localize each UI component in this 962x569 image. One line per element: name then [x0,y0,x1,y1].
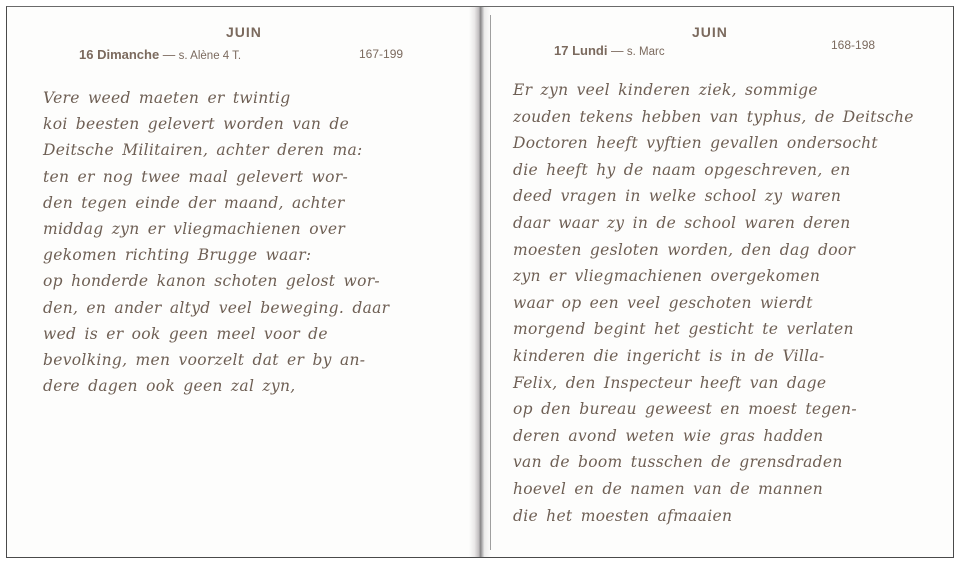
diary-spread: JUIN 16 Dimanche — s. Alène 4 T. 167-199… [6,6,954,558]
handwritten-line: van de boom tusschen de grensdraden [513,449,943,476]
handwritten-line: deed vragen in welke school zy waren [513,183,943,210]
handwritten-line: die het moesten afmaaien [513,503,943,530]
handwritten-line: daar waar zy in de school waren deren [513,210,943,237]
saint-name: s. Marc [627,46,665,58]
handwritten-entry: Er zyn veel kinderen ziek, sommige zoude… [513,77,943,529]
month-heading: JUIN [692,24,728,40]
handwritten-line: op den bureau geweest en moest tegen- [513,396,943,423]
handwritten-line: middag zyn er vliegmachienen over [43,216,463,242]
day-heading: 17 Lundi — s. Marc [554,43,665,58]
handwritten-line: Vere weed maeten er twintig [43,85,463,111]
separator: — [163,48,176,62]
separator: — [611,44,624,58]
handwritten-line: kinderen die ingericht is in de Villa- [513,343,943,370]
handwritten-line: waar op een veel geschoten wierdt [513,290,943,317]
handwritten-line: bevolking, men voorzelt dat er by an- [43,347,463,373]
day-label: 16 Dimanche [79,47,159,62]
handwritten-line: Er zyn veel kinderen ziek, sommige [513,77,943,104]
handwritten-line: Doctoren heeft vyftien gevallen ondersoc… [513,130,943,157]
day-heading: 16 Dimanche — s. Alène 4 T. [79,47,241,62]
day-label: 17 Lundi [554,43,607,58]
handwritten-line: den, en ander altyd veel beweging. daar [43,295,463,321]
handwritten-line: morgend begint het gesticht te verlaten [513,316,943,343]
month-heading: JUIN [226,24,262,40]
handwritten-line: deren avond weten wie gras hadden [513,423,943,450]
handwritten-line: die heeft hy de naam opgeschreven, en [513,157,943,184]
left-page: JUIN 16 Dimanche — s. Alène 4 T. 167-199… [7,7,475,557]
right-page: JUIN 17 Lundi — s. Marc 168-198 Er zyn v… [485,7,953,557]
handwritten-line: den tegen einde der maand, achter [43,190,463,216]
handwritten-line: gekomen richting Brugge waar: [43,242,463,268]
day-count: 168-198 [831,38,875,52]
handwritten-line: zouden tekens hebben van typhus, de Deit… [513,104,943,131]
handwritten-line: hoevel en de namen van de mannen [513,476,943,503]
handwritten-line: Deitsche Militairen, achter deren ma: [43,137,463,163]
handwritten-line: Felix, den Inspecteur heeft van dage [513,370,943,397]
handwritten-line: moesten gesloten worden, den dag door [513,237,943,264]
saint-name: s. Alène 4 T. [179,50,241,62]
handwritten-line: ten er nog twee maal gelevert wor- [43,164,463,190]
handwritten-line: dere dagen ook geen zal zyn, [43,373,463,399]
day-count: 167-199 [359,47,403,61]
handwritten-line: koi beesten gelevert worden van de [43,111,463,137]
handwritten-line: wed is er ook geen meel voor de [43,321,463,347]
handwritten-entry: Vere weed maeten er twintig koi beesten … [43,85,463,399]
handwritten-line: op honderde kanon schoten gelost wor- [43,268,463,294]
handwritten-line: zyn er vliegmachienen overgekomen [513,263,943,290]
